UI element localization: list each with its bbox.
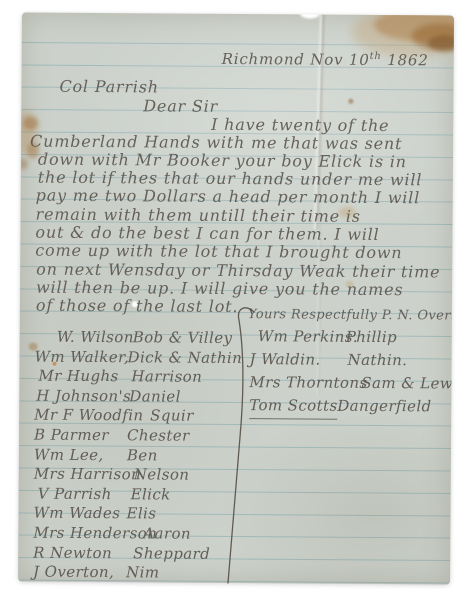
dateline-place-day: Richmond Nov 10 — [222, 50, 370, 69]
owner-name: H Johnson's — [36, 386, 129, 406]
list-row: V ParrishElick — [34, 484, 249, 505]
stain-blob — [348, 99, 353, 104]
hand-name: Dick & Nathin — [128, 348, 243, 368]
owner-name: Wm Walker, — [35, 347, 128, 367]
owner-name: J Overton, — [33, 563, 126, 583]
owner-name: Wm Lee, — [34, 445, 127, 465]
list-row: R NewtonSheppard — [33, 543, 248, 564]
owner-name: B Parmer — [34, 426, 127, 446]
owner-name: J Waldin. — [249, 350, 347, 374]
list-row: J Waldin.Nathin. — [249, 350, 449, 374]
stain-blob — [19, 158, 28, 169]
list-row: Mrs HendersonAaron — [33, 524, 248, 545]
list-row: Mrs ThorntonsSam & Lewis — [249, 373, 449, 397]
hand-name: Sheppard — [133, 544, 210, 564]
letter-page: Richmond Nov 10th 1862 Col Parrish Dear … — [18, 12, 454, 584]
list-row: Wm Perkins.Phillip — [250, 327, 450, 351]
hand-name: Dangerfield — [337, 397, 431, 421]
hand-name: Elis — [126, 505, 156, 525]
list-row: W. WilsonBob & Villey — [35, 328, 250, 349]
owner-name: V Parrish — [38, 484, 131, 504]
dateline-ordinal: th — [370, 51, 382, 62]
hand-name: Nim — [126, 563, 159, 583]
hand-name: Ben — [127, 446, 158, 466]
owner-name: Mr F Woodfin — [34, 406, 150, 426]
hand-name: Bob & Villey — [133, 328, 233, 348]
recipient: Col Parrish — [59, 77, 159, 97]
hand-name: Elick — [131, 485, 171, 505]
list-row: H Johnson'sDaniel — [34, 386, 249, 407]
hand-name: Nathin. — [347, 351, 407, 374]
dateline: Richmond Nov 10th 1862 — [222, 50, 429, 69]
hand-name: Daniel — [129, 387, 181, 407]
list-row: Mr F WoodfinSquir — [34, 406, 249, 427]
hired-hands-list-right: Wm Perkins.Phillip J Waldin.Nathin. Mrs … — [249, 327, 450, 420]
letter-body-line: come up with the lot that I brought down — [35, 241, 402, 263]
hand-name: Chester — [127, 426, 190, 446]
list-row: B ParmerChester — [34, 426, 249, 447]
owner-name: W. Wilson — [57, 328, 133, 348]
hand-name: Sam & Lewis — [361, 374, 454, 398]
letter-body-line: of those of the last lot. — [36, 296, 238, 316]
owner-name: Mrs Harrison — [34, 465, 134, 485]
hand-name: Aaron — [143, 524, 191, 544]
dateline-year: 1862 — [387, 51, 428, 69]
owner-name: Mr Hughs — [38, 367, 131, 387]
hand-name: Phillip — [346, 328, 398, 351]
list-row: Wm Lee,Ben — [34, 445, 249, 466]
owner-name: R Newton — [33, 543, 133, 563]
owner-name: Mrs Thorntons — [249, 373, 361, 397]
list-row: J Overton,Nim — [33, 563, 248, 584]
signature-closing: Yours Respectfully P. N. Overton — [248, 307, 454, 324]
list-row: Mr HughsHarrison — [34, 367, 249, 388]
list-row: Wm WadesElis — [33, 504, 248, 525]
salutation: Dear Sir — [143, 96, 218, 116]
list-row: Tom Scotts.Dangerfield — [249, 396, 449, 420]
stain-blob — [23, 117, 38, 130]
owner-name: Mrs Henderson — [33, 524, 143, 544]
list-row: Mrs HarrisonNelson — [34, 465, 249, 486]
owner-name: Wm Wades — [33, 504, 126, 524]
owner-name: Tom Scotts. — [249, 396, 337, 420]
hand-name: Nelson — [134, 465, 190, 485]
hired-hands-list-left: W. WilsonBob & Villey Wm Walker,Dick & N… — [33, 328, 250, 584]
owner-name: Wm Perkins. — [258, 327, 346, 351]
scan-background: Richmond Nov 10th 1862 Col Parrish Dear … — [0, 0, 475, 600]
hand-name: Harrison — [131, 367, 202, 387]
hand-name: Squir — [150, 407, 194, 427]
list-row: Wm Walker,Dick & Nathin — [35, 347, 250, 368]
